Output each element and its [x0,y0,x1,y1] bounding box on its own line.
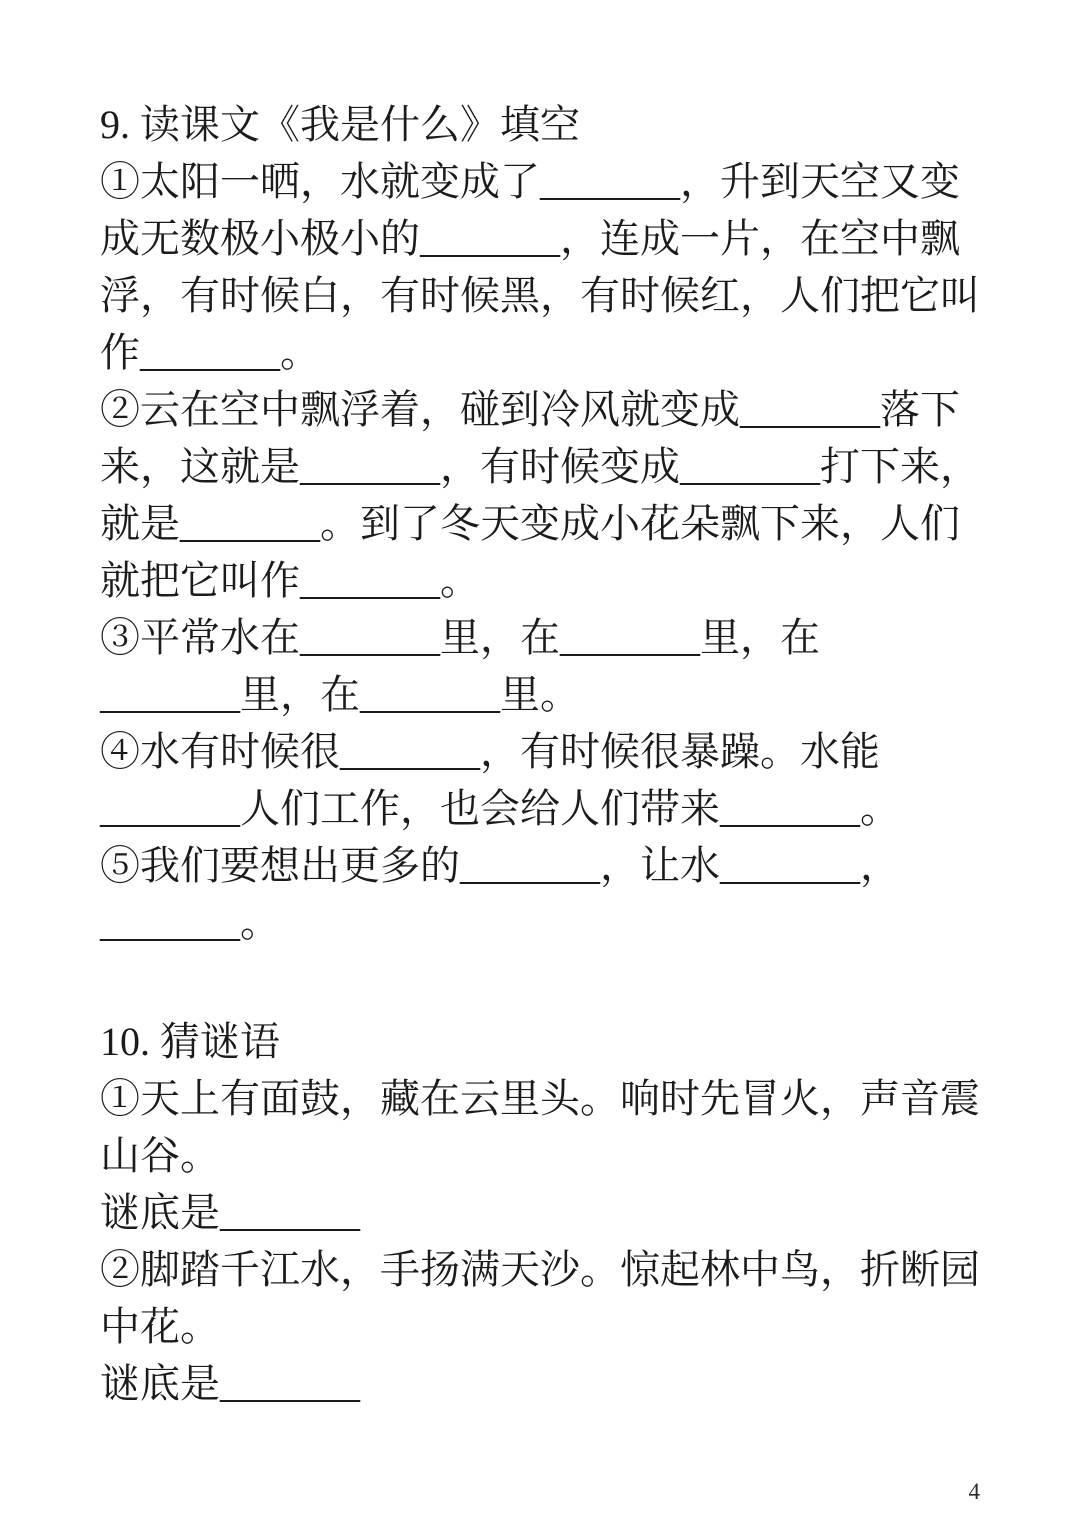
section-exercise-9-fill-blanks: 9. 读课文《我是什么》填空①太阳一晒，水就变成了_______，升到天空又变成… [100,96,980,951]
text-line: ②云在空中飘浮着，碰到冷风就变成_______落下 [100,381,980,438]
worksheet-content: 9. 读课文《我是什么》填空①太阳一晒，水就变成了_______，升到天空又变成… [100,96,980,1412]
text-line: ①太阳一晒，水就变成了_______，升到天空又变 [100,153,980,210]
text-line: _______里，在_______里。 [100,666,980,723]
section-title: 10. 猜谜语 [100,1013,980,1070]
text-line: 浮，有时候白，有时候黑，有时候红，人们把它叫 [100,267,980,324]
text-line: ①天上有面鼓，藏在云里头。响时先冒火，声音震 [100,1070,980,1127]
text-line: ②脚踏千江水，手扬满天沙。惊起林中鸟，折断园 [100,1241,980,1298]
worksheet-page: 9. 读课文《我是什么》填空①太阳一晒，水就变成了_______，升到天空又变成… [0,0,1080,1527]
text-line: 山谷。 [100,1127,980,1184]
text-line: 中花。 [100,1298,980,1355]
text-line: 来，这就是_______，有时候变成_______打下来， [100,438,980,495]
text-line: ③平常水在_______里，在_______里，在 [100,609,980,666]
text-line: ⑤我们要想出更多的_______，让水_______， [100,837,980,894]
text-line: 就把它叫作_______。 [100,552,980,609]
text-line: _______人们工作，也会给人们带来_______。 [100,780,980,837]
text-line: 就是_______。到了冬天变成小花朵飘下来，人们 [100,495,980,552]
text-line: 谜底是_______ [100,1355,980,1412]
page-number: 4 [969,1478,981,1506]
text-line: 成无数极小极小的_______，连成一片，在空中飘 [100,210,980,267]
text-line: 谜底是_______ [100,1184,980,1241]
section-title: 9. 读课文《我是什么》填空 [100,96,980,153]
text-line: _______。 [100,894,980,951]
text-line: 作_______。 [100,324,980,381]
section-exercise-10-riddles: 10. 猜谜语①天上有面鼓，藏在云里头。响时先冒火，声音震山谷。谜底是_____… [100,1013,980,1412]
text-line: ④水有时候很_______，有时候很暴躁。水能 [100,723,980,780]
